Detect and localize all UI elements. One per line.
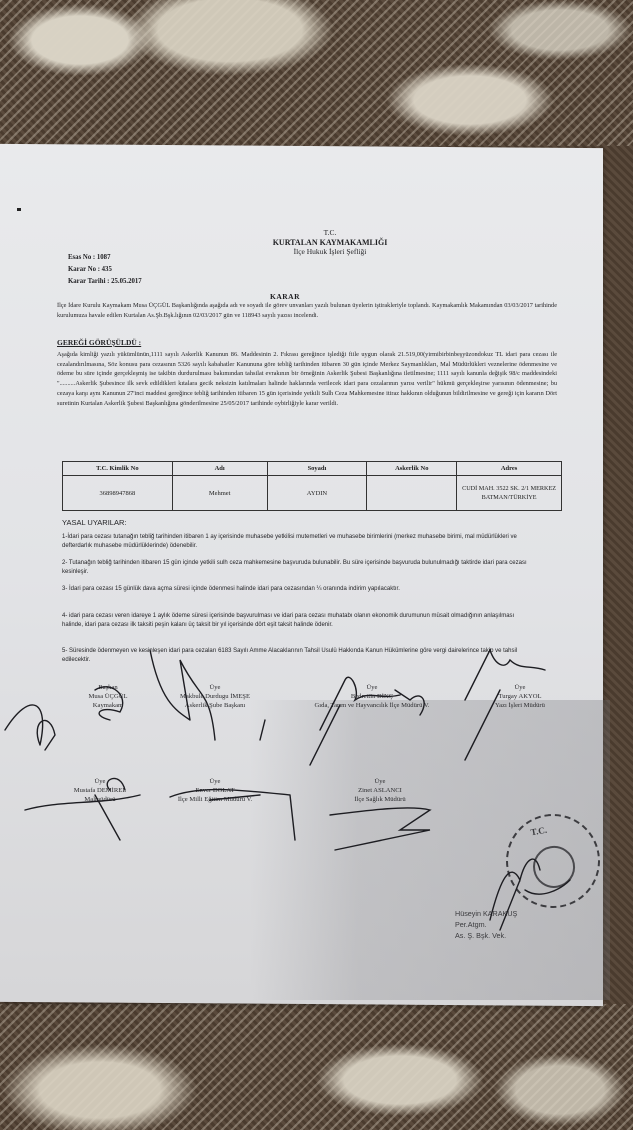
intro-paragraph: İlçe İdare Kurulu Kaymakam Musa ÜÇGÜL Ba… [57, 301, 557, 320]
header-institution: KURTALAN KAYMAKAMLIĞI [150, 238, 510, 248]
signatory-gida: Üye Bedrettin DİNÇ Gıda, Tarım ve Hayvan… [282, 683, 462, 710]
cell-soyadi: AYDIN [267, 476, 367, 511]
signatory-malmudur: Üye Mustafa DEMİREL Malmüdürü [50, 777, 150, 804]
stamp-text: T.C. [530, 825, 548, 838]
signatory-title: Yazı İşleri Müdürü [470, 701, 570, 710]
esas-no: Esas No : 1087 [68, 252, 142, 264]
carpet-background-top [0, 0, 633, 146]
signatory-name: Mustafa DEMİREL [50, 786, 150, 795]
signatory-name: Musa ÜÇGÜL [68, 692, 148, 701]
col-soyadi: Soyadı [267, 462, 367, 476]
signatory-name: Bedrettin DİNÇ [282, 692, 462, 701]
col-adi: Adı [172, 462, 267, 476]
signatory-name: Enver DOLAT [150, 786, 280, 795]
warning-item: 5- Süresinde ödenmeyen ve kesinleşen ida… [62, 647, 532, 665]
signatory-name: Turgay AKYOL [470, 692, 570, 701]
officer-title: As. Ş. Bşk. Vek. [455, 930, 595, 941]
carpet-background-bottom [0, 1004, 633, 1130]
body-paragraph: Aşağıda kimliği yazılı yükümlünün,1111 s… [57, 350, 557, 408]
signatory-role: Üye [282, 683, 462, 692]
stamp-officer: Hüseyin KARAKUŞ Per.Atgm. As. Ş. Bşk. Ve… [455, 908, 595, 941]
col-tc-kimlik-no: T.C. Kimlik No [63, 462, 173, 476]
karar-no: Karar No : 435 [68, 264, 142, 276]
signatory-name: Zinet ASLANCI [330, 786, 430, 795]
warning-item: 3- İdari para cezası 15 günlük dava açma… [62, 585, 532, 594]
signatory-title: İlçe Sağlık Müdürü [330, 795, 430, 804]
warning-item: 2- Tutanağın tebliğ tarihinden itibaren … [62, 559, 532, 577]
signatory-yazi-isleri: Üye Turgay AKYOL Yazı İşleri Müdürü [470, 683, 570, 710]
signatory-title: Kaymakam [68, 701, 148, 710]
officer-rank: Per.Atgm. [455, 919, 595, 930]
cell-tc-kimlik-no: 36898947868 [63, 476, 173, 511]
signatory-baskan: Başkan Musa ÜÇGÜL Kaymakam [68, 683, 148, 710]
col-askerlik-no: Askerlik No [367, 462, 457, 476]
signatory-name: Makbule Durdugu İMEŞE [160, 692, 270, 701]
warning-item: 4- idari para cezası veren idareye 1 ayl… [62, 612, 532, 630]
document-header: T.C. KURTALAN KAYMAKAMLIĞI İlçe Hukuk İş… [150, 228, 510, 257]
paper-mark [17, 208, 21, 211]
signatory-milli-egitim: Üye Enver DOLAT İlçe Milli Eğitim Müdürü… [150, 777, 280, 804]
signatory-title: İlçe Milli Eğitim Müdürü V. [150, 795, 280, 804]
section-heading: GEREĞİ GÖRÜŞÜLDÜ : [57, 338, 141, 347]
col-adres: Adres [457, 462, 562, 476]
signatory-role: Başkan [68, 683, 148, 692]
table-header-row: T.C. Kimlik No Adı Soyadı Askerlik No Ad… [63, 462, 562, 476]
signatory-title: Malmüdürü [50, 795, 150, 804]
document-meta: Esas No : 1087 Karar No : 435 Karar Tari… [68, 252, 142, 288]
document-title: KARAR [270, 292, 300, 301]
cell-askerlik-no [367, 476, 457, 511]
signatory-role: Üye [330, 777, 430, 786]
header-tc: T.C. [150, 228, 510, 238]
officer-name: Hüseyin KARAKUŞ [455, 908, 595, 919]
signatory-role: Üye [50, 777, 150, 786]
karar-tarihi: Karar Tarihi : 25.05.2017 [68, 276, 142, 288]
signatory-role: Üye [150, 777, 280, 786]
header-department: İlçe Hukuk İşleri Şefliği [150, 247, 510, 257]
cell-adres: CUDİ MAH. 3522 SK. 2/1 MERKEZ BATMAN/TÜR… [457, 476, 562, 511]
person-table: T.C. Kimlik No Adı Soyadı Askerlik No Ad… [62, 461, 562, 511]
stamp-crescent [530, 843, 579, 892]
table-row: 36898947868 Mehmet AYDIN CUDİ MAH. 3522 … [63, 476, 562, 511]
signatory-saglik: Üye Zinet ASLANCI İlçe Sağlık Müdürü [330, 777, 430, 804]
signatory-title: Askerlik Şube Başkanı [160, 701, 270, 710]
signatory-askerlik: Üye Makbule Durdugu İMEŞE Askerlik Şube … [160, 683, 270, 710]
warnings-title: YASAL UYARILAR: [62, 518, 126, 527]
cell-adi: Mehmet [172, 476, 267, 511]
signatory-title: Gıda, Tarım ve Hayvancılık İlçe Müdürü V… [282, 701, 462, 710]
signatory-role: Üye [470, 683, 570, 692]
signatory-role: Üye [160, 683, 270, 692]
warning-item: 1-İdari para cezası tutanağın tebliğ tar… [62, 533, 532, 551]
